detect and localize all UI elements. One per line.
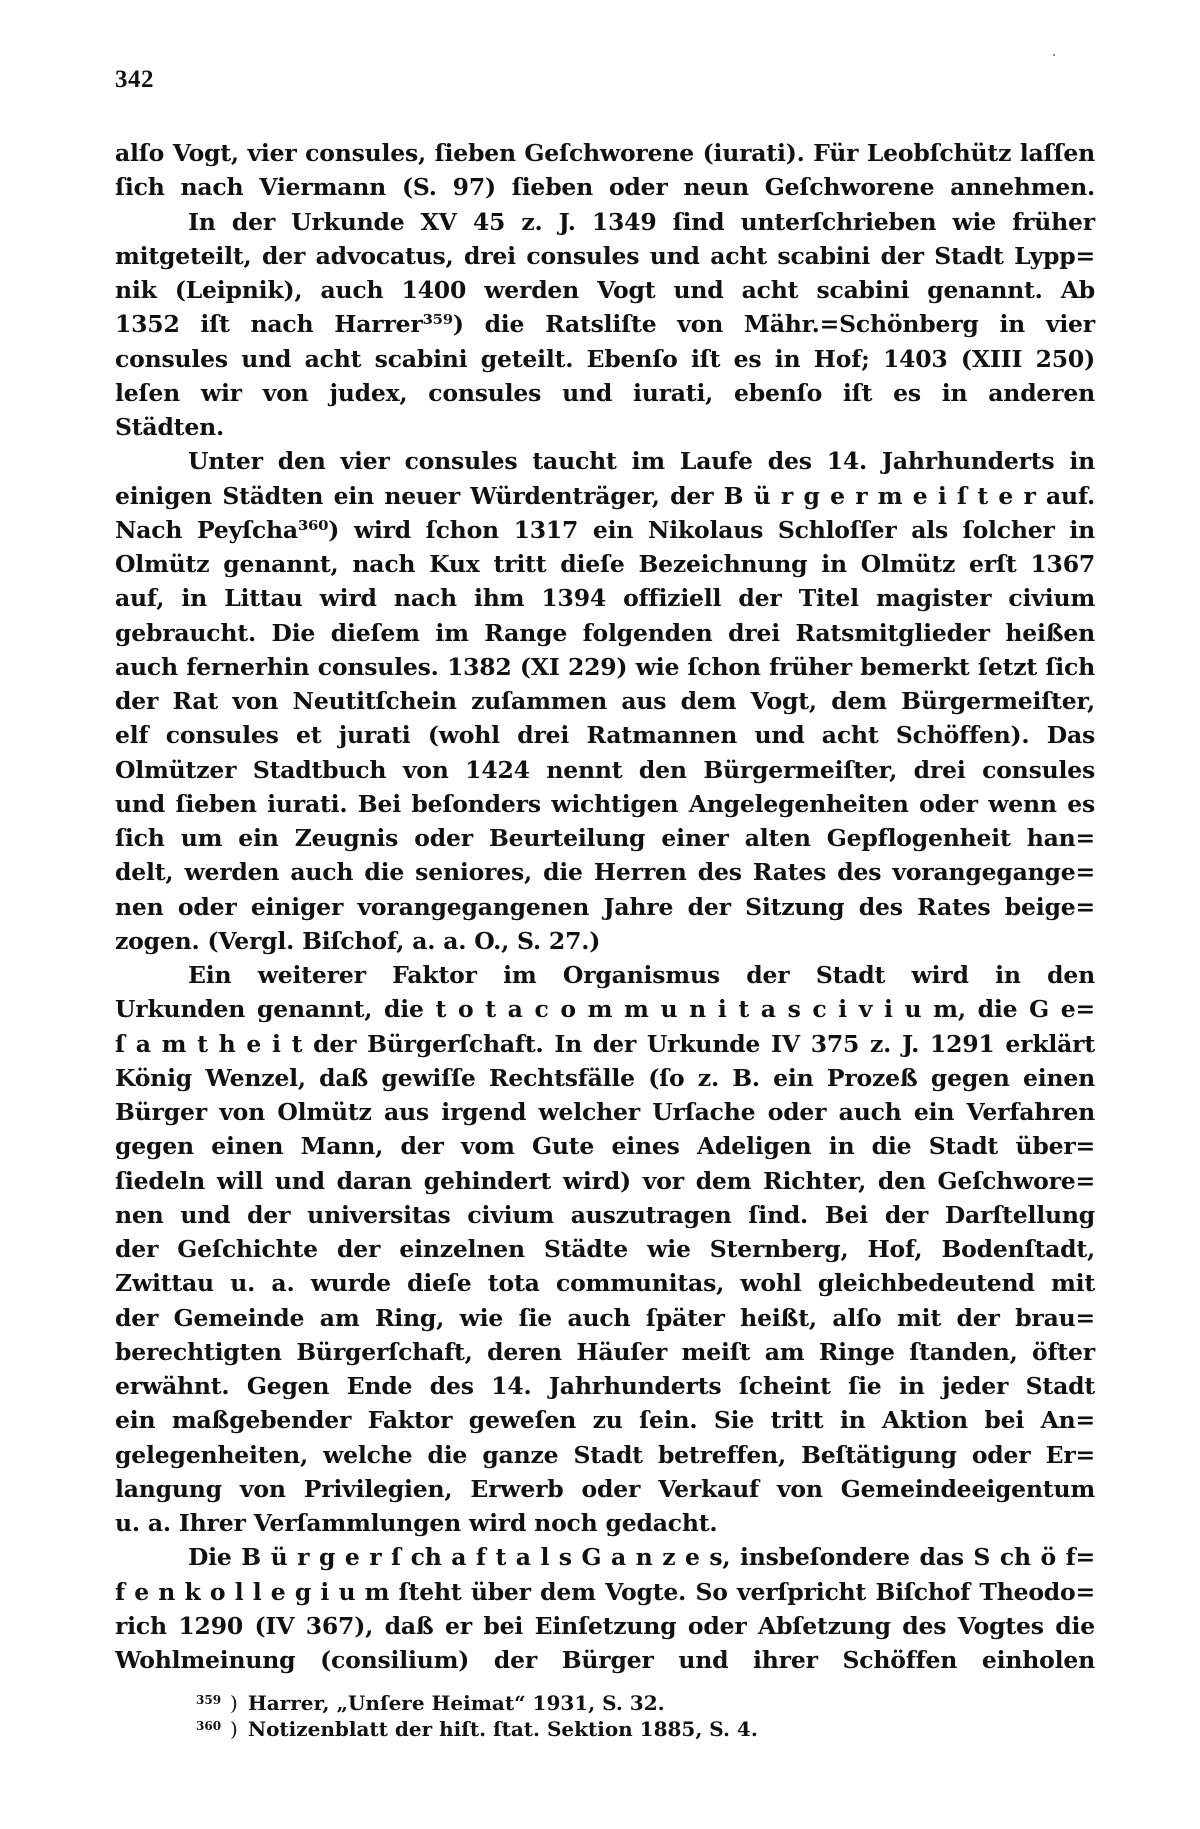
- text-line: ſiedeln will und daran gehindert wird) v…: [115, 1164, 1095, 1198]
- text-line: gelegenheiten, welche die ganze Stadt be…: [115, 1438, 1095, 1472]
- paragraph-start-line: Die B ü r g e r ſ ch a f t a l s G a n z…: [115, 1540, 1095, 1574]
- text-line: Wohlmeinung (consilium) der Bürger und i…: [115, 1643, 1095, 1677]
- text-line: auf, in Littau wird nach ihm 1394 offizi…: [115, 581, 1095, 615]
- text-line: ſich um ein Zeugnis oder Beurteilung ein…: [115, 821, 1095, 855]
- text-line: der Gemeinde am Ring, wie ſie auch ſpäte…: [115, 1301, 1095, 1335]
- text-line: einigen Städten ein neuer Würdenträger, …: [115, 479, 1095, 513]
- text-line: Zwittau u. a. wurde dieſe tota communita…: [115, 1266, 1095, 1300]
- footnote-paren: ): [230, 1690, 238, 1716]
- text-line: ſ a m t h e i t der Bürgerſchaft. In der…: [115, 1027, 1095, 1061]
- text-line: delt, werden auch die seniores, die Herr…: [115, 855, 1095, 889]
- text-line: nen oder einiger vorangegangenen Jahre d…: [115, 890, 1095, 924]
- text-line: Olmützer Stadtbuch von 1424 nennt den Bü…: [115, 753, 1095, 787]
- text-line: der Geſchichte der einzelnen Städte wie …: [115, 1232, 1095, 1266]
- page-number: 342: [115, 66, 154, 94]
- text-line: consules und acht scabini geteilt. Ebenſ…: [115, 342, 1095, 376]
- footnote-marker: 360: [196, 1713, 230, 1739]
- text-line: f e n k o l l e g i u m ſteht über dem V…: [115, 1575, 1095, 1609]
- paragraph-end-line: Städten.: [115, 410, 1095, 444]
- paragraph-end-line: u. a. Ihrer Verſammlungen wird noch geda…: [115, 1506, 1095, 1540]
- text-line: 1352 iſt nach Harrer³⁵⁹) die Ratsliſte v…: [115, 307, 1095, 341]
- paragraph-start-line: Unter den vier consules taucht im Laufe …: [115, 444, 1095, 478]
- paragraph-start-line: In der Urkunde XV 45 z. J. 1349 ſind unt…: [115, 205, 1095, 239]
- text-line: erwähnt. Gegen Ende des 14. Jahrhunderts…: [115, 1369, 1095, 1403]
- text-line: nen und der universitas civium auszutrag…: [115, 1198, 1095, 1232]
- text-line: rich 1290 (IV 367), daß er bei Einſetzun…: [115, 1609, 1095, 1643]
- text-line: und ſieben iurati. Bei beſonders wichtig…: [115, 787, 1095, 821]
- text-line: berechtigten Bürgerſchaft, deren Häuſer …: [115, 1335, 1095, 1369]
- text-line: Olmütz genannt, nach Kux tritt dieſe Bez…: [115, 547, 1095, 581]
- text-line: der Rat von Neutitſchein zuſammen aus de…: [115, 684, 1095, 718]
- footnote-360: 360 ) Notizenblatt der hiſt. ſtat. Sekti…: [196, 1716, 1096, 1742]
- text-line: ſich nach Viermann (S. 97) ſieben oder n…: [115, 170, 1095, 204]
- text-line: ein maßgebender Faktor geweſen zu ſein. …: [115, 1403, 1095, 1437]
- footnote-359: 359 ) Harrer, „Unſere Heimat“ 1931, S. 3…: [196, 1690, 1096, 1716]
- footnote-marker: 359: [196, 1687, 230, 1713]
- footnote-text: Notizenblatt der hiſt. ſtat. Sektion 188…: [248, 1716, 758, 1742]
- scan-artifact-dot: [1053, 54, 1055, 56]
- text-line: auch fernerhin consules. 1382 (XI 229) w…: [115, 650, 1095, 684]
- text-line: gebraucht. Die dieſem im Range folgenden…: [115, 616, 1095, 650]
- text-line: Nach Peyſcha³⁶⁰) wird ſchon 1317 ein Nik…: [115, 513, 1095, 547]
- text-line: mitgeteilt, der advocatus, drei consules…: [115, 239, 1095, 273]
- text-line: nik (Leipnik), auch 1400 werden Vogt und…: [115, 273, 1095, 307]
- paragraph-start-line: Ein weiterer Faktor im Organismus der St…: [115, 958, 1095, 992]
- footnotes: 359 ) Harrer, „Unſere Heimat“ 1931, S. 3…: [196, 1690, 1096, 1742]
- footnote-paren: ): [230, 1716, 238, 1742]
- paragraph-end-line: zogen. (Vergl. Biſchof, a. a. O., S. 27.…: [115, 924, 1095, 958]
- text-line: langung von Privilegien, Erwerb oder Ver…: [115, 1472, 1095, 1506]
- text-line: König Wenzel, daß gewiſſe Rechtsfälle (ſ…: [115, 1061, 1095, 1095]
- text-line: alſo Vogt, vier consules, ſieben Geſchwo…: [115, 136, 1095, 170]
- text-line: Bürger von Olmütz aus irgend welcher Urſ…: [115, 1095, 1095, 1129]
- footnote-text: Harrer, „Unſere Heimat“ 1931, S. 32.: [248, 1690, 665, 1716]
- text-line: Urkunden genannt, die t o t a c o m m u …: [115, 992, 1095, 1026]
- body-text: alſo Vogt, vier consules, ſieben Geſchwo…: [115, 136, 1095, 1677]
- text-line: gegen einen Mann, der vom Gute eines Ade…: [115, 1129, 1095, 1163]
- text-line: leſen wir von judex, consules und iurati…: [115, 376, 1095, 410]
- text-line: elf consules et jurati (wohl drei Ratman…: [115, 718, 1095, 752]
